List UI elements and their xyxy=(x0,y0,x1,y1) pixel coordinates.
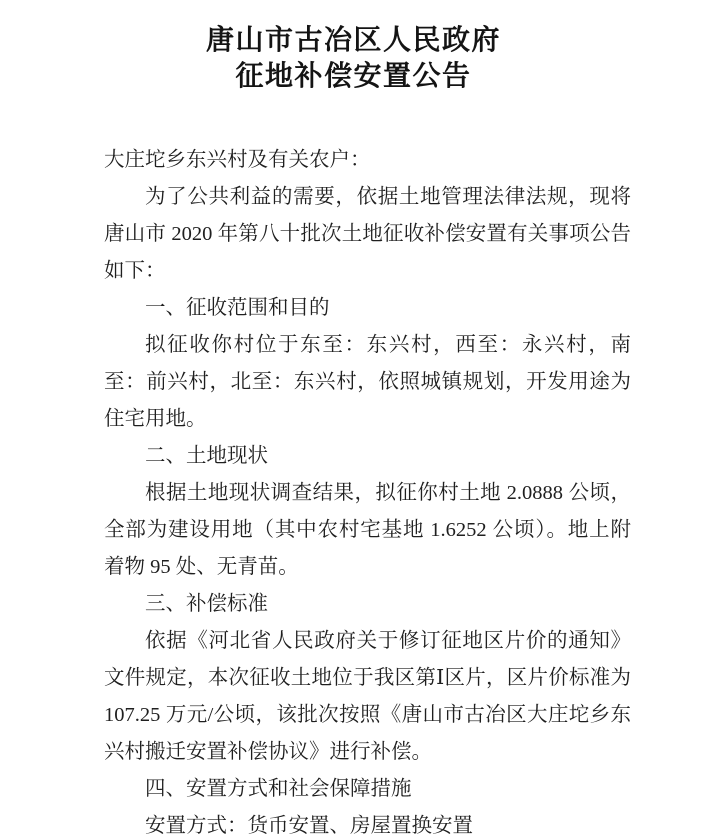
section-2-heading: 二、土地现状 xyxy=(104,438,631,475)
document-header: 唐山市古冶区人民政府 征地补偿安置公告 xyxy=(0,0,707,94)
document-title-line-1: 唐山市古冶区人民政府 xyxy=(0,22,707,58)
section-3-heading: 三、补偿标准 xyxy=(104,586,631,623)
section-1-heading: 一、征收范围和目的 xyxy=(104,290,631,327)
section-4-heading: 四、安置方式和社会保障措施 xyxy=(104,771,631,808)
document-body: 大庄坨乡东兴村及有关农户： 为了公共利益的需要，依据土地管理法律法规，现将唐山市… xyxy=(104,142,631,839)
salutation-line: 大庄坨乡东兴村及有关农户： xyxy=(104,142,631,179)
document-title-line-2: 征地补偿安置公告 xyxy=(0,58,707,94)
section-2-paragraph: 根据土地现状调查结果，拟征你村土地 2.0888 公顷，全部为建设用地（其中农村… xyxy=(104,475,631,586)
section-1-paragraph: 拟征收你村位于东至：东兴村，西至：永兴村，南至：前兴村，北至：东兴村，依照城镇规… xyxy=(104,327,631,438)
section-3-paragraph: 依据《河北省人民政府关于修订征地区片价的通知》文件规定，本次征收土地位于我区第Ⅰ… xyxy=(104,623,631,771)
section-4-paragraph: 安置方式：货币安置、房屋置换安置 xyxy=(104,808,631,839)
document-page: 唐山市古冶区人民政府 征地补偿安置公告 大庄坨乡东兴村及有关农户： 为了公共利益… xyxy=(0,0,707,839)
intro-paragraph: 为了公共利益的需要，依据土地管理法律法规，现将唐山市 2020 年第八十批次土地… xyxy=(104,179,631,290)
